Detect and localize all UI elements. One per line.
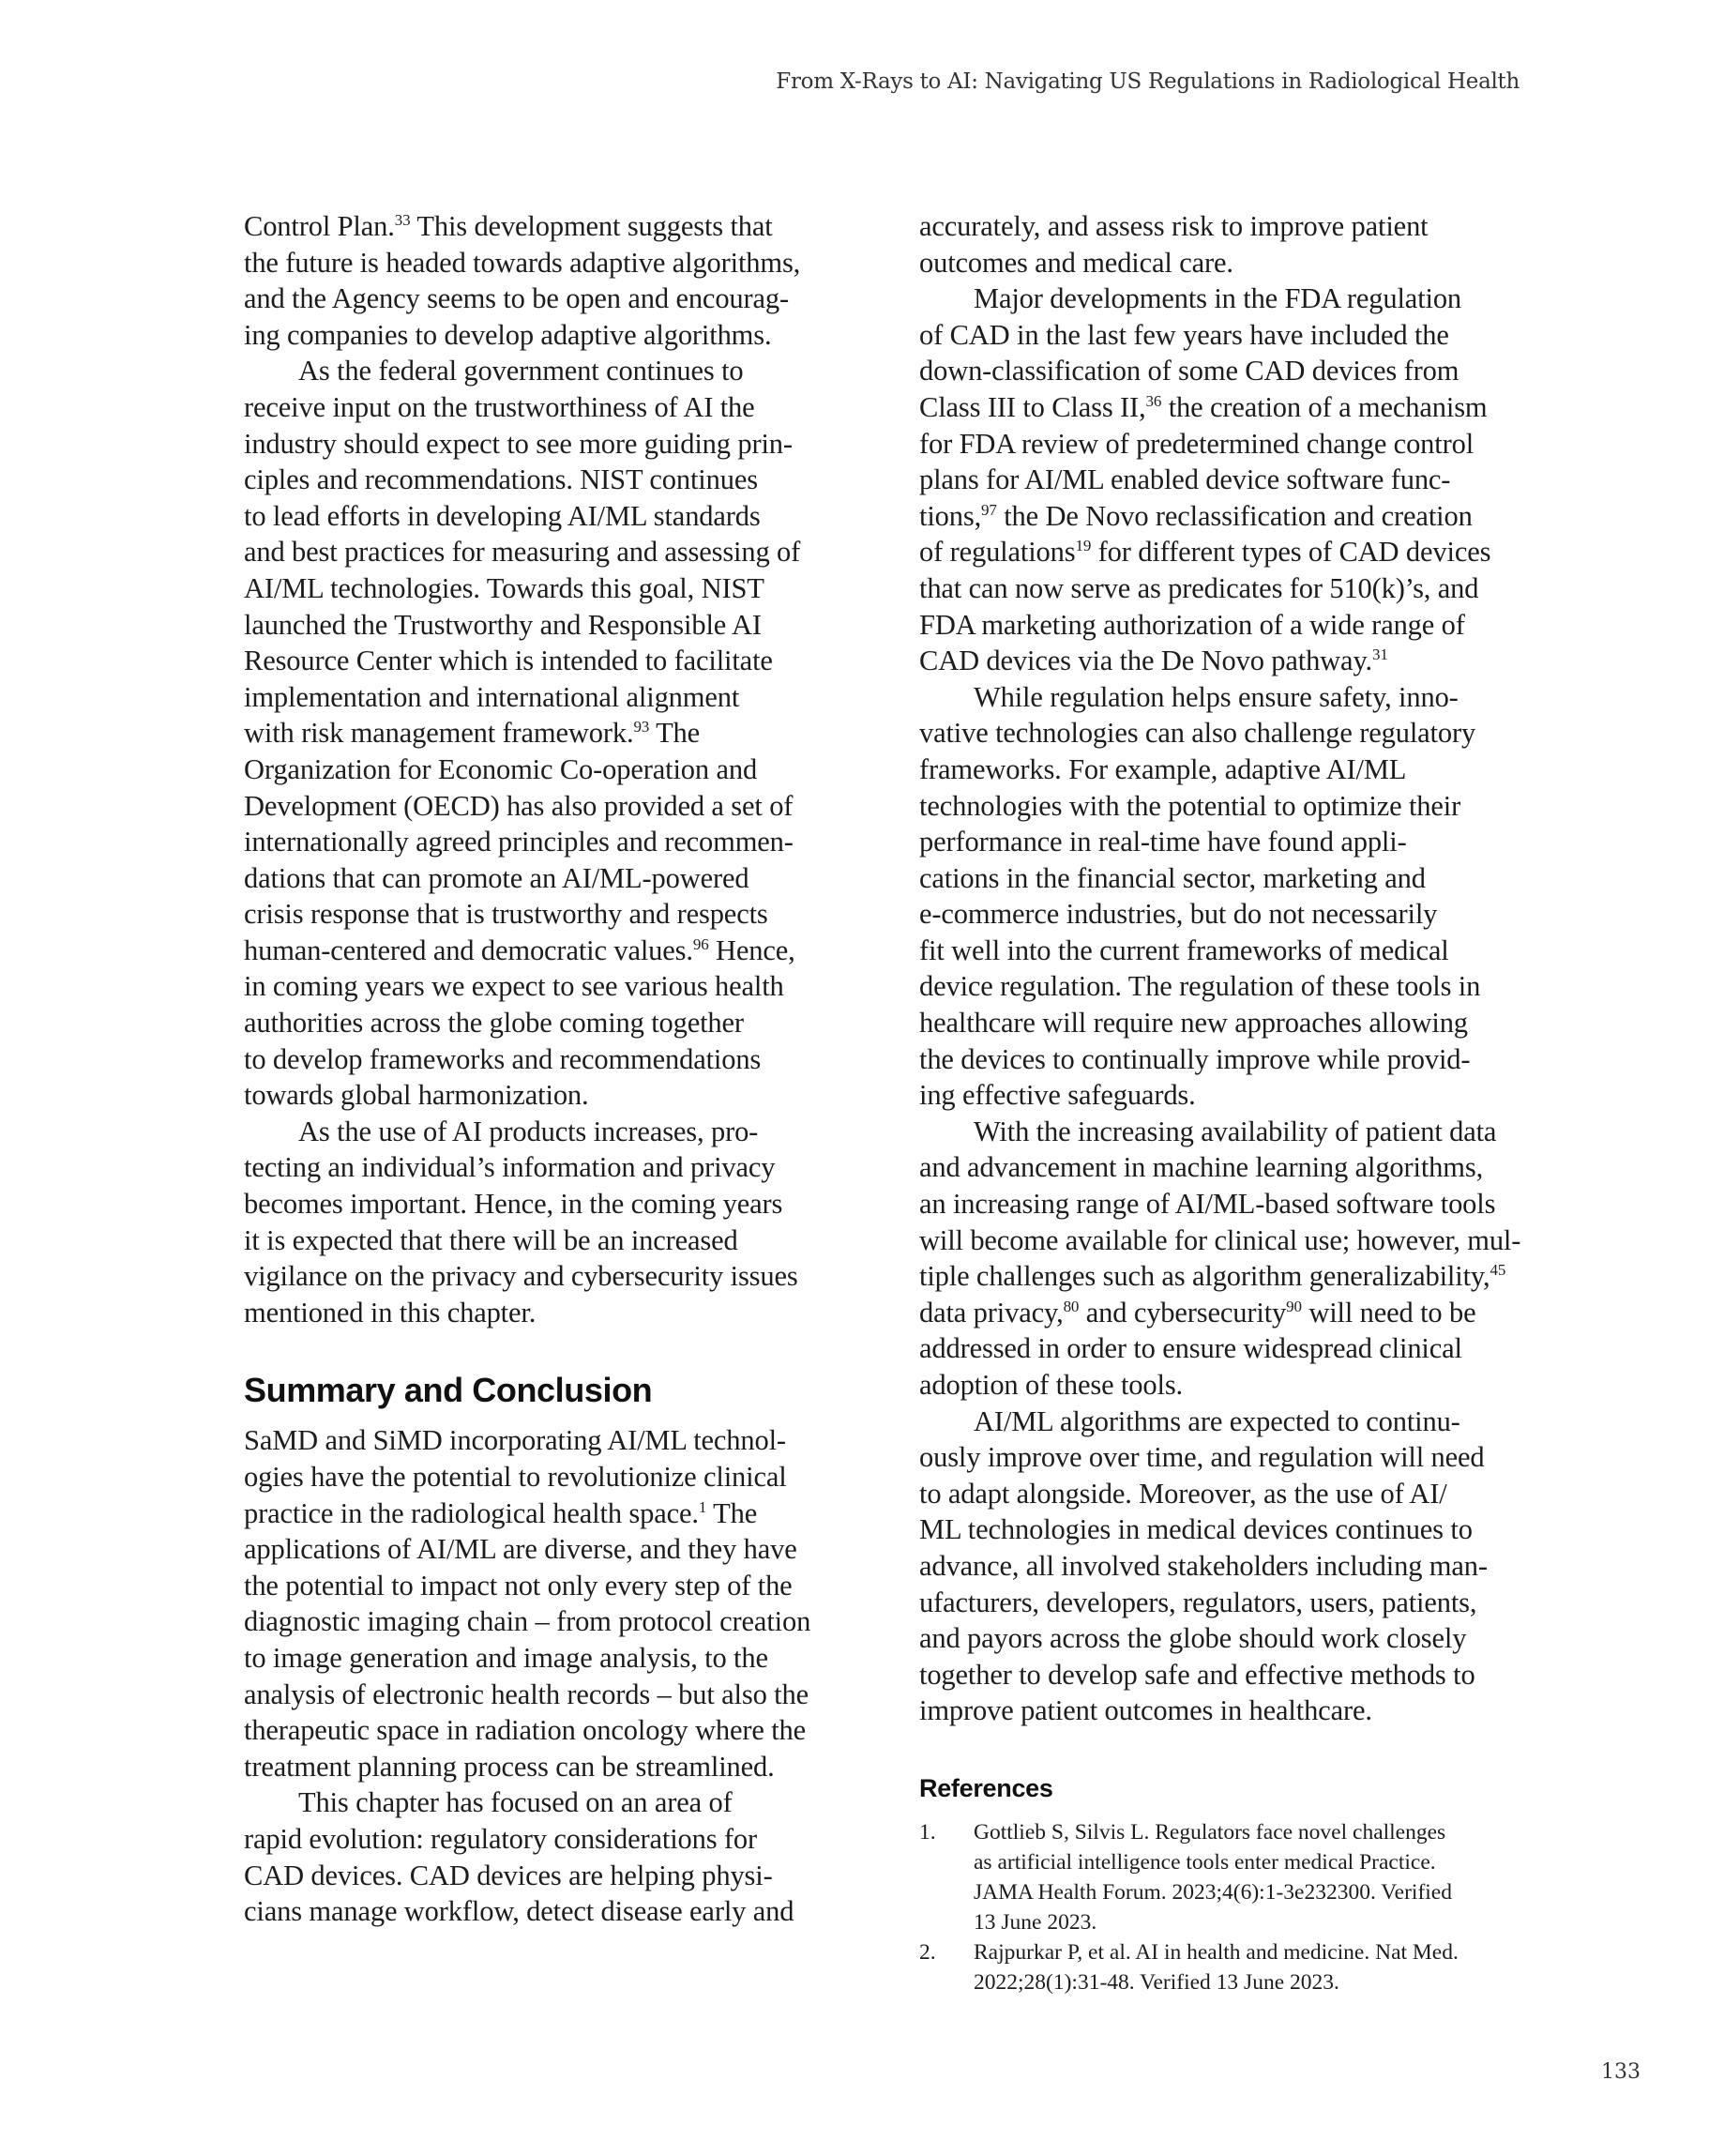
line-text: for FDA review of predetermined change c… [919, 428, 1474, 460]
line-text: therapeutic space in radiation oncology … [244, 1714, 806, 1746]
text-line: Class III to Class II,36 the creation of… [919, 389, 1529, 426]
line-text-after-citation: will need to be [1302, 1297, 1476, 1329]
text-line: practice in the radiological health spac… [244, 1496, 854, 1532]
reference-citation: Gottlieb S, Silvis L. Regulators face no… [974, 1817, 1508, 1937]
line-text: tions, [919, 500, 981, 532]
text-line: fit well into the current frameworks of … [919, 933, 1529, 969]
line-text-after-citation: and cybersecurity [1079, 1297, 1286, 1329]
text-line: receive input on the trustworthiness of … [244, 389, 854, 426]
line-text: Class III to Class II, [919, 391, 1146, 423]
line-text: to develop frameworks and recommendation… [244, 1043, 761, 1075]
page-number: 133 [1601, 2060, 1641, 2084]
text-line: cations in the financial sector, marketi… [919, 860, 1529, 897]
text-line: tecting an individual’s information and … [244, 1149, 854, 1186]
text-line: vigilance on the privacy and cybersecuri… [244, 1258, 854, 1295]
text-line: plans for AI/ML enabled device software … [919, 462, 1529, 498]
line-text: together to develop safe and effective m… [919, 1659, 1475, 1691]
line-text: outcomes and medical care. [919, 247, 1233, 279]
line-text: As the federal government continues to [298, 355, 744, 387]
reference-line: JAMA Health Forum. 2023;4(6):1-3e232300.… [974, 1877, 1508, 1907]
line-text: diagnostic imaging chain – from protocol… [244, 1605, 810, 1637]
text-line: Major developments in the FDA regulation [919, 281, 1529, 317]
text-line: device regulation. The regulation of the… [919, 968, 1529, 1005]
text-line: AI/ML technologies. Towards this goal, N… [244, 570, 854, 607]
text-line: Organization for Economic Co-operation a… [244, 752, 854, 788]
line-text: With the increasing availability of pati… [974, 1116, 1496, 1147]
line-text: human-centered and democratic values. [244, 934, 693, 966]
line-text: the devices to continually improve while… [919, 1043, 1470, 1075]
text-line: e-commerce industries, but do not necess… [919, 896, 1529, 933]
text-line: with risk management framework.93 The [244, 715, 854, 752]
text-line: ciples and recommendations. NIST continu… [244, 462, 854, 498]
line-text: Resource Center which is intended to fac… [244, 645, 773, 676]
reference-line: Rajpurkar P, et al. AI in health and med… [974, 1937, 1508, 1967]
line-text: down-classification of some CAD devices … [919, 355, 1459, 387]
text-line: SaMD and SiMD incorporating AI/ML techno… [244, 1422, 854, 1459]
text-line: As the use of AI products increases, pro… [244, 1114, 854, 1150]
line-text: tiple challenges such as algorithm gener… [919, 1260, 1490, 1292]
line-text: ciples and recommendations. NIST continu… [244, 463, 758, 495]
citation-superscript: 93 [633, 718, 649, 736]
line-text: an increasing range of AI/ML-based softw… [919, 1188, 1495, 1220]
line-text: towards global harmonization. [244, 1079, 589, 1111]
line-text: vative technologies can also challenge r… [919, 717, 1475, 749]
text-line: outcomes and medical care. [919, 245, 1529, 281]
citation-superscript: 96 [693, 935, 709, 953]
line-text: crisis response that is trustworthy and … [244, 898, 768, 930]
line-text: Major developments in the FDA regulation [974, 282, 1461, 314]
reference-number: 1. [919, 1817, 974, 1937]
text-line: towards global harmonization. [244, 1077, 854, 1114]
line-text: frameworks. For example, adaptive AI/ML [919, 753, 1406, 785]
line-text: and payors across the globe should work … [919, 1622, 1466, 1654]
text-line: to lead efforts in developing AI/ML stan… [244, 498, 854, 535]
text-line: dations that can promote an AI/ML-powere… [244, 860, 854, 897]
text-line: it is expected that there will be an inc… [244, 1222, 854, 1259]
line-text: analysis of electronic health records – … [244, 1678, 809, 1710]
line-text: and best practices for measuring and ass… [244, 536, 800, 568]
line-text-after-citation: This development suggests that [410, 210, 772, 242]
text-line: While regulation helps ensure safety, in… [919, 679, 1529, 716]
text-line: and payors across the globe should work … [919, 1620, 1529, 1657]
text-line: will become available for clinical use; … [919, 1222, 1529, 1259]
right-body-text: accurately, and assess risk to improve p… [919, 208, 1529, 1729]
line-text-after-citation: the De Novo reclassification and creatio… [997, 500, 1473, 532]
text-line: ML technologies in medical devices conti… [919, 1511, 1529, 1548]
line-text: AI/ML algorithms are expected to continu… [974, 1405, 1460, 1437]
reference-line: as artificial intelligence tools enter m… [974, 1847, 1508, 1877]
citation-superscript: 36 [1146, 392, 1162, 410]
left-body-text-part1: Control Plan.33 This development suggest… [244, 208, 854, 1330]
line-text: cians manage workflow, detect disease ea… [244, 1895, 794, 1927]
running-header-title: From X-Rays to AI: Navigating US Regulat… [776, 69, 1520, 94]
line-text: healthcare will require new approaches a… [919, 1007, 1468, 1039]
text-line: the future is headed towards adaptive al… [244, 245, 854, 281]
text-line: of CAD in the last few years have includ… [919, 317, 1529, 354]
citation-superscript: 45 [1490, 1261, 1506, 1279]
line-text: the potential to impact not only every s… [244, 1570, 793, 1602]
line-text: Development (OECD) has also provided a s… [244, 790, 793, 822]
text-line: CAD devices. CAD devices are helping phy… [244, 1858, 854, 1894]
line-text: mentioned in this chapter. [244, 1297, 536, 1329]
line-text: the future is headed towards adaptive al… [244, 247, 800, 279]
text-line: performance in real-time have found appl… [919, 824, 1529, 860]
text-line: and the Agency seems to be open and enco… [244, 281, 854, 317]
line-text: fit well into the current frameworks of … [919, 934, 1449, 966]
text-line: diagnostic imaging chain – from protocol… [244, 1603, 854, 1640]
line-text: of CAD in the last few years have includ… [919, 319, 1449, 351]
text-line: rapid evolution: regulatory consideratio… [244, 1821, 854, 1858]
reference-item: 2.Rajpurkar P, et al. AI in health and m… [919, 1937, 1529, 1997]
left-body-text-part2: SaMD and SiMD incorporating AI/ML techno… [244, 1422, 854, 1929]
text-line: and best practices for measuring and ass… [244, 534, 854, 570]
left-column: Control Plan.33 This development suggest… [244, 208, 854, 1930]
line-text: ing effective safeguards. [919, 1079, 1196, 1111]
line-text: performance in real-time have found appl… [919, 826, 1407, 858]
section-heading-summary: Summary and Conclusion [244, 1370, 854, 1411]
line-text: in coming years we expect to see various… [244, 970, 784, 1002]
line-text: of regulations [919, 536, 1075, 568]
line-text: vigilance on the privacy and cybersecuri… [244, 1260, 798, 1292]
text-line: This chapter has focused on an area of [244, 1784, 854, 1821]
text-line: ufacturers, developers, regulators, user… [919, 1585, 1529, 1621]
line-text: This chapter has focused on an area of [298, 1786, 733, 1818]
line-text: AI/ML technologies. Towards this goal, N… [244, 572, 764, 604]
text-line: accurately, and assess risk to improve p… [919, 208, 1529, 245]
text-line: the potential to impact not only every s… [244, 1568, 854, 1604]
citation-superscript: 33 [395, 211, 411, 229]
reference-line: Gottlieb S, Silvis L. Regulators face no… [974, 1817, 1508, 1847]
line-text: applications of AI/ML are diverse, and t… [244, 1533, 797, 1565]
text-line: addressed in order to ensure widespread … [919, 1330, 1529, 1367]
text-line: AI/ML algorithms are expected to continu… [919, 1404, 1529, 1440]
line-text: improve patient outcomes in healthcare. [919, 1694, 1372, 1726]
line-text: and advancement in machine learning algo… [919, 1151, 1483, 1183]
text-line: industry should expect to see more guidi… [244, 426, 854, 463]
text-line: data privacy,80 and cybersecurity90 will… [919, 1295, 1529, 1331]
text-line: becomes important. Hence, in the coming … [244, 1186, 854, 1222]
text-line: ing companies to develop adaptive algori… [244, 317, 854, 354]
text-line: As the federal government continues to [244, 353, 854, 389]
text-line: tions,97 the De Novo reclassification an… [919, 498, 1529, 535]
line-text: internationally agreed principles and re… [244, 826, 794, 858]
line-text: ufacturers, developers, regulators, user… [919, 1587, 1476, 1618]
line-text-after-citation: The [706, 1497, 757, 1529]
line-text: to adapt alongside. Moreover, as the use… [919, 1478, 1447, 1510]
line-text-after-citation: Hence, [709, 934, 795, 966]
text-line: crisis response that is trustworthy and … [244, 896, 854, 933]
text-line: CAD devices via the De Novo pathway.31 [919, 643, 1529, 679]
line-text: Control Plan. [244, 210, 395, 242]
text-line: that can now serve as predicates for 510… [919, 570, 1529, 607]
text-line: adoption of these tools. [919, 1367, 1529, 1404]
line-text: device regulation. The regulation of the… [919, 970, 1480, 1002]
line-text: As the use of AI products increases, pro… [298, 1116, 758, 1147]
line-text: ously improve over time, and regulation … [919, 1441, 1485, 1473]
text-line: With the increasing availability of pati… [919, 1114, 1529, 1150]
text-line: healthcare will require new approaches a… [919, 1005, 1529, 1041]
line-text: ML technologies in medical devices conti… [919, 1513, 1473, 1545]
line-text: CAD devices. CAD devices are helping phy… [244, 1860, 773, 1891]
line-text: data privacy, [919, 1297, 1064, 1329]
text-line: in coming years we expect to see various… [244, 968, 854, 1005]
references-list: 1.Gottlieb S, Silvis L. Regulators face … [919, 1817, 1529, 1997]
text-line: Control Plan.33 This development suggest… [244, 208, 854, 245]
text-line: Resource Center which is intended to fac… [244, 643, 854, 679]
text-line: analysis of electronic health records – … [244, 1677, 854, 1713]
line-text: CAD devices via the De Novo pathway. [919, 645, 1372, 676]
text-line: Development (OECD) has also provided a s… [244, 788, 854, 825]
line-text: While regulation helps ensure safety, in… [974, 681, 1459, 713]
text-line: of regulations19 for different types of … [919, 534, 1529, 570]
citation-superscript: 80 [1064, 1298, 1080, 1315]
citation-superscript: 31 [1372, 645, 1388, 663]
text-line: technologies with the potential to optim… [919, 788, 1529, 825]
citation-superscript: 90 [1286, 1298, 1302, 1315]
line-text: SaMD and SiMD incorporating AI/ML techno… [244, 1424, 786, 1456]
text-line: vative technologies can also challenge r… [919, 715, 1529, 752]
text-line: FDA marketing authorization of a wide ra… [919, 607, 1529, 644]
line-text: FDA marketing authorization of a wide ra… [919, 609, 1465, 641]
text-line: to image generation and image analysis, … [244, 1640, 854, 1677]
line-text: implementation and international alignme… [244, 681, 739, 713]
line-text: rapid evolution: regulatory consideratio… [244, 1823, 757, 1855]
line-text: plans for AI/ML enabled device software … [919, 463, 1450, 495]
text-line: mentioned in this chapter. [244, 1295, 854, 1331]
text-line: frameworks. For example, adaptive AI/ML [919, 752, 1529, 788]
text-line: internationally agreed principles and re… [244, 824, 854, 860]
line-text: accurately, and assess risk to improve p… [919, 210, 1429, 242]
line-text: receive input on the trustworthiness of … [244, 391, 755, 423]
citation-superscript: 1 [699, 1498, 706, 1516]
text-line: applications of AI/ML are diverse, and t… [244, 1531, 854, 1568]
text-line: authorities across the globe coming toge… [244, 1005, 854, 1041]
line-text: e-commerce industries, but do not necess… [919, 898, 1437, 930]
text-line: down-classification of some CAD devices … [919, 353, 1529, 389]
text-line: launched the Trustworthy and Responsible… [244, 607, 854, 644]
line-text: authorities across the globe coming toge… [244, 1007, 744, 1039]
line-text: to image generation and image analysis, … [244, 1642, 768, 1674]
text-line: to develop frameworks and recommendation… [244, 1041, 854, 1078]
text-line: ously improve over time, and regulation … [919, 1439, 1529, 1476]
text-line: for FDA review of predetermined change c… [919, 426, 1529, 463]
line-text: becomes important. Hence, in the coming … [244, 1188, 782, 1220]
line-text: technologies with the potential to optim… [919, 790, 1460, 822]
text-line: the devices to continually improve while… [919, 1041, 1529, 1078]
line-text: cations in the financial sector, marketi… [919, 862, 1426, 894]
text-line: human-centered and democratic values.96 … [244, 933, 854, 969]
text-line: implementation and international alignme… [244, 679, 854, 716]
line-text: ing companies to develop adaptive algori… [244, 319, 771, 351]
citation-superscript: 97 [981, 501, 997, 519]
line-text: that can now serve as predicates for 510… [919, 572, 1478, 604]
text-line: treatment planning process can be stream… [244, 1749, 854, 1785]
citation-superscript: 19 [1075, 537, 1091, 554]
line-text: ogies have the potential to revolutioniz… [244, 1461, 787, 1493]
text-line: together to develop safe and effective m… [919, 1657, 1529, 1693]
text-line: improve patient outcomes in healthcare. [919, 1693, 1529, 1729]
line-text: tecting an individual’s information and … [244, 1151, 775, 1183]
line-text: to lead efforts in developing AI/ML stan… [244, 500, 761, 532]
line-text: will become available for clinical use; … [919, 1224, 1520, 1256]
line-text: treatment planning process can be stream… [244, 1751, 775, 1783]
line-text-after-citation: for different types of CAD devices [1091, 536, 1490, 568]
line-text: industry should expect to see more guidi… [244, 428, 793, 460]
line-text: practice in the radiological health spac… [244, 1497, 699, 1529]
line-text: adoption of these tools. [919, 1369, 1183, 1401]
text-line: cians manage workflow, detect disease ea… [244, 1893, 854, 1930]
reference-line: 2022;28(1):31-48. Verified 13 June 2023. [974, 1967, 1508, 1997]
line-text: launched the Trustworthy and Responsible… [244, 609, 762, 641]
reference-item: 1.Gottlieb S, Silvis L. Regulators face … [919, 1817, 1529, 1937]
reference-line: 13 June 2023. [974, 1907, 1508, 1937]
right-column: accurately, and assess risk to improve p… [919, 208, 1529, 1997]
text-line: tiple challenges such as algorithm gener… [919, 1258, 1529, 1295]
line-text: and the Agency seems to be open and enco… [244, 282, 789, 314]
reference-number: 2. [919, 1937, 974, 1997]
text-line: an increasing range of AI/ML-based softw… [919, 1186, 1529, 1222]
line-text-after-citation: the creation of a mechanism [1161, 391, 1487, 423]
line-text: with risk management framework. [244, 717, 633, 749]
text-line: to adapt alongside. Moreover, as the use… [919, 1476, 1529, 1512]
text-line: ogies have the potential to revolutioniz… [244, 1459, 854, 1496]
text-line: advance, all involved stakeholders inclu… [919, 1548, 1529, 1585]
line-text: it is expected that there will be an inc… [244, 1224, 738, 1256]
text-line: ing effective safeguards. [919, 1077, 1529, 1114]
line-text: addressed in order to ensure widespread … [919, 1332, 1462, 1364]
line-text: advance, all involved stakeholders inclu… [919, 1550, 1488, 1582]
line-text-after-citation: The [649, 717, 700, 749]
references-heading: References [919, 1772, 1529, 1804]
text-line: therapeutic space in radiation oncology … [244, 1712, 854, 1749]
text-line: and advancement in machine learning algo… [919, 1149, 1529, 1186]
line-text: dations that can promote an AI/ML-powere… [244, 862, 749, 894]
line-text: Organization for Economic Co-operation a… [244, 753, 757, 785]
reference-citation: Rajpurkar P, et al. AI in health and med… [974, 1937, 1508, 1997]
